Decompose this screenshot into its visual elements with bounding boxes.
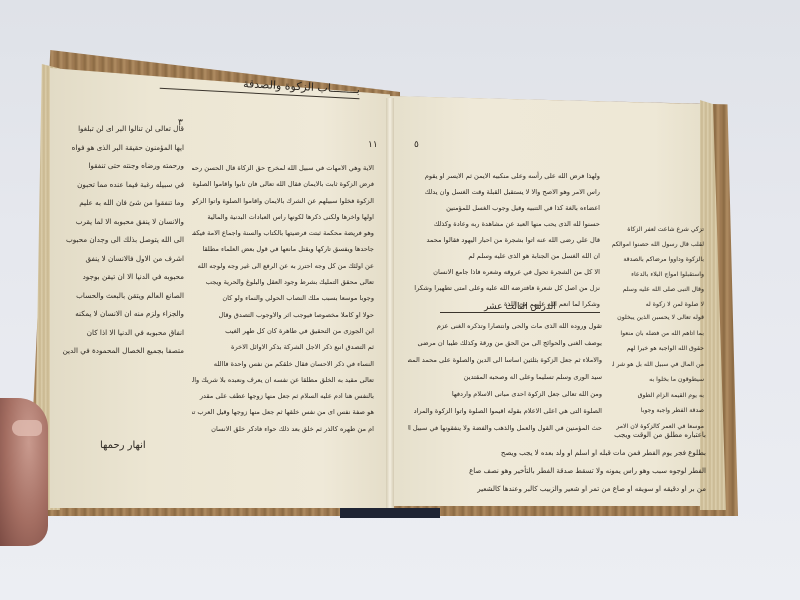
right-main-text-2: تقول وروده الله الذى مات والحى وانتصارا … (408, 318, 602, 437)
right-margin-note-2: قوله تعالى لا يحسبن الذين يبخلون بما اتا… (612, 310, 704, 434)
left-margin-note: قال تعالى لن تنالوا البر اى لن تبلغوا اي… (62, 120, 184, 361)
book-gutter (386, 98, 394, 508)
right-main-text-1: ولهذا فرض الله على رأسه وعلى منكبيه الاي… (414, 168, 600, 312)
lesson-heading: الدرس الثالث عشر (440, 302, 600, 313)
right-margin-note-1: تزكي شرع شاعت لعفر الزكاة لقلب قال رسول … (612, 222, 704, 312)
photo-scene: بــــــــاب الزكوة والصدقة ١١ ٣ قال تعال… (0, 0, 800, 600)
left-page-signature: انهار رحمها (100, 440, 146, 451)
right-bottom-text: باعتباره مطلق من الوقت ويجب بطلوع فجر يو… (420, 426, 706, 498)
page-number-right: ٥ (414, 140, 419, 150)
page-number-left: ١١ (368, 140, 378, 150)
book-spine-cloth (340, 508, 440, 518)
left-main-text: الاية وهي الامهات في سبيل الله لمخرج حق … (192, 160, 374, 437)
thumbnail (12, 420, 42, 436)
